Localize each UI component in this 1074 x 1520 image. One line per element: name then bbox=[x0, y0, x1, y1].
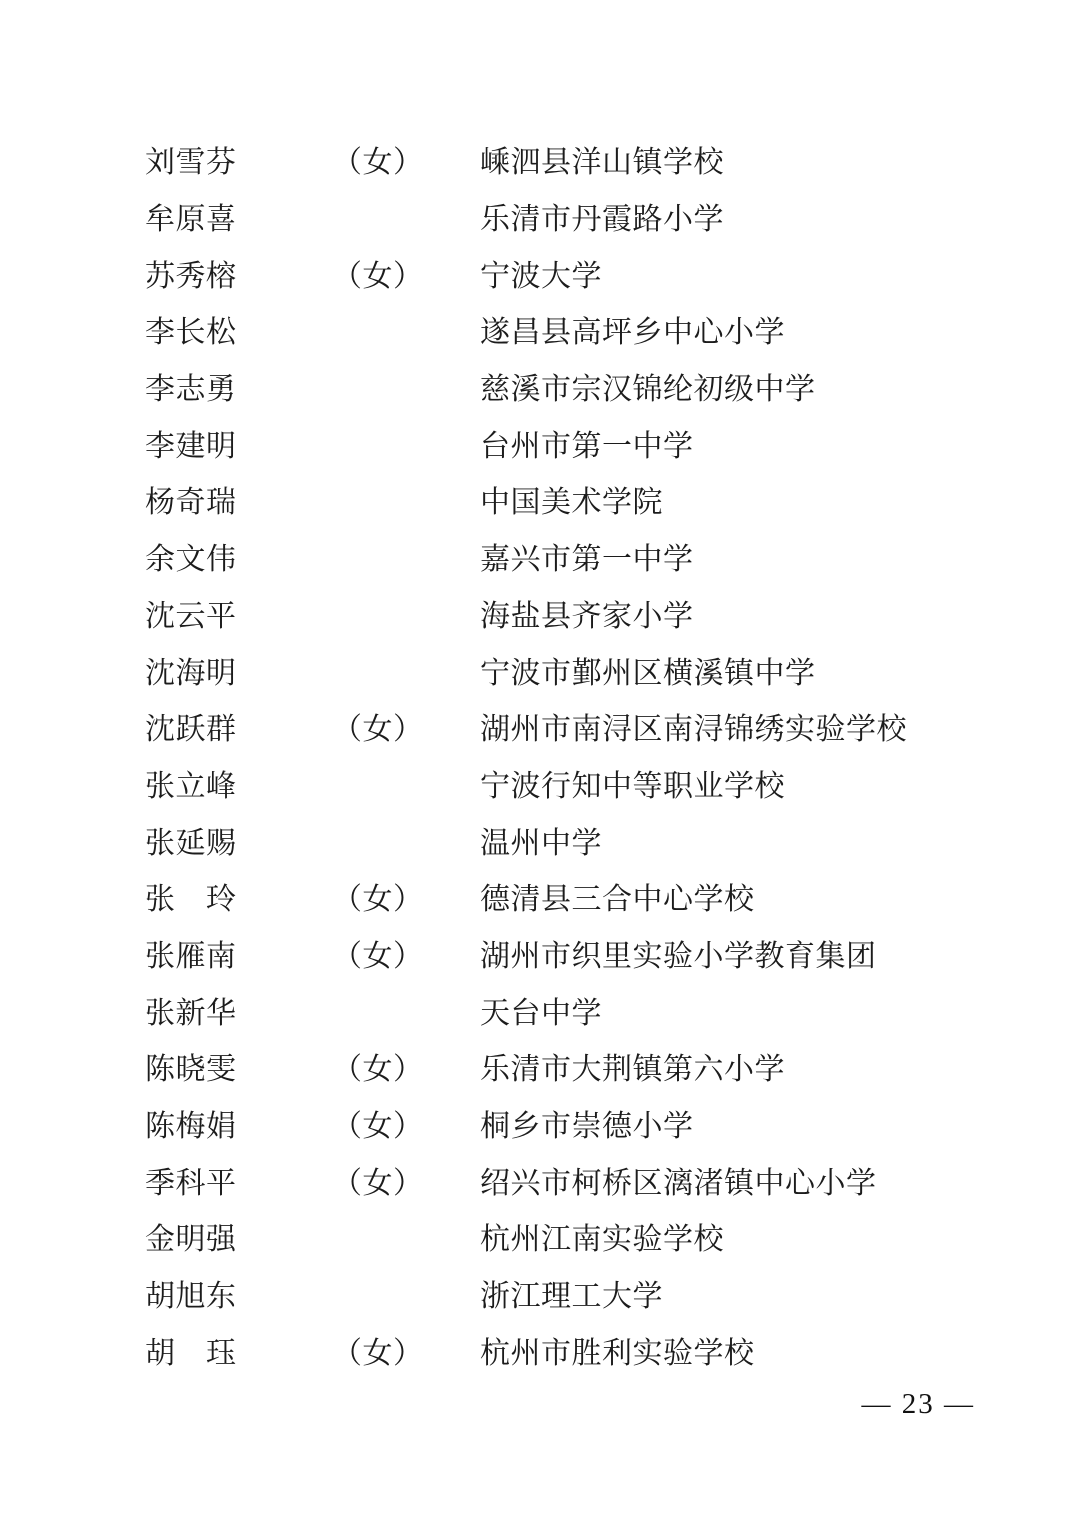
person-name: 张立峰 bbox=[145, 761, 332, 805]
school-name: 天台中学 bbox=[480, 988, 1074, 1032]
person-name: 张新华 bbox=[145, 988, 332, 1032]
person-name: 陈晓雯 bbox=[145, 1044, 332, 1088]
page-number: — 23 — bbox=[862, 1388, 976, 1421]
school-name: 嵊泗县洋山镇学校 bbox=[480, 137, 1074, 181]
list-item: 张 玲 （女） 德清县三合中心学校 bbox=[0, 868, 1074, 925]
person-name: 陈梅娟 bbox=[145, 1101, 332, 1145]
gender-label: （女） bbox=[332, 704, 480, 748]
person-name: 沈云平 bbox=[145, 591, 332, 635]
person-name: 杨奇瑞 bbox=[145, 477, 332, 521]
person-name: 余文伟 bbox=[145, 534, 332, 578]
person-name: 张延赐 bbox=[145, 818, 332, 862]
list-item: 李志勇 慈溪市宗汉锦纶初级中学 bbox=[0, 358, 1074, 415]
school-name: 绍兴市柯桥区漓渚镇中心小学 bbox=[480, 1158, 1074, 1202]
gender-label: （女） bbox=[332, 1101, 480, 1145]
gender-label: （女） bbox=[332, 1044, 480, 1088]
school-name: 杭州市胜利实验学校 bbox=[480, 1328, 1074, 1372]
person-name: 刘雪芬 bbox=[145, 137, 332, 181]
list-item: 陈晓雯 （女） 乐清市大荆镇第六小学 bbox=[0, 1038, 1074, 1095]
list-item: 胡 珏 （女） 杭州市胜利实验学校 bbox=[0, 1321, 1074, 1378]
person-name: 张 玲 bbox=[145, 874, 332, 918]
school-name: 慈溪市宗汉锦纶初级中学 bbox=[480, 364, 1074, 408]
school-name: 湖州市织里实验小学教育集团 bbox=[480, 931, 1074, 975]
list-item: 张雁南 （女） 湖州市织里实验小学教育集团 bbox=[0, 925, 1074, 982]
school-name: 嘉兴市第一中学 bbox=[480, 534, 1074, 578]
list-item: 胡旭东 浙江理工大学 bbox=[0, 1265, 1074, 1322]
list-item: 杨奇瑞 中国美术学院 bbox=[0, 471, 1074, 528]
school-name: 湖州市南浔区南浔锦绣实验学校 bbox=[480, 704, 1074, 748]
list-item: 刘雪芬 （女） 嵊泗县洋山镇学校 bbox=[0, 131, 1074, 188]
person-name: 张雁南 bbox=[145, 931, 332, 975]
list-item: 李长松 遂昌县高坪乡中心小学 bbox=[0, 301, 1074, 358]
person-name: 胡旭东 bbox=[145, 1271, 332, 1315]
person-name: 李志勇 bbox=[145, 364, 332, 408]
document-page: 刘雪芬 （女） 嵊泗县洋山镇学校 牟原喜 乐清市丹霞路小学 苏秀榕 （女） 宁波… bbox=[0, 0, 1074, 1520]
list-item: 张立峰 宁波行知中等职业学校 bbox=[0, 755, 1074, 812]
person-name: 李建明 bbox=[145, 421, 332, 465]
list-item: 陈梅娟 （女） 桐乡市崇德小学 bbox=[0, 1095, 1074, 1152]
awardee-list: 刘雪芬 （女） 嵊泗县洋山镇学校 牟原喜 乐清市丹霞路小学 苏秀榕 （女） 宁波… bbox=[0, 131, 1074, 1378]
gender-label: （女） bbox=[332, 1158, 480, 1202]
school-name: 乐清市丹霞路小学 bbox=[480, 194, 1074, 238]
school-name: 宁波大学 bbox=[480, 251, 1074, 295]
list-item: 李建明 台州市第一中学 bbox=[0, 414, 1074, 471]
gender-label: （女） bbox=[332, 874, 480, 918]
school-name: 浙江理工大学 bbox=[480, 1271, 1074, 1315]
list-item: 沈跃群 （女） 湖州市南浔区南浔锦绣实验学校 bbox=[0, 698, 1074, 755]
person-name: 李长松 bbox=[145, 307, 332, 351]
person-name: 沈跃群 bbox=[145, 704, 332, 748]
school-name: 遂昌县高坪乡中心小学 bbox=[480, 307, 1074, 351]
list-item: 沈云平 海盐县齐家小学 bbox=[0, 585, 1074, 642]
school-name: 台州市第一中学 bbox=[480, 421, 1074, 465]
school-name: 中国美术学院 bbox=[480, 477, 1074, 521]
list-item: 苏秀榕 （女） 宁波大学 bbox=[0, 244, 1074, 301]
person-name: 胡 珏 bbox=[145, 1328, 332, 1372]
school-name: 宁波市鄞州区横溪镇中学 bbox=[480, 648, 1074, 692]
gender-label: （女） bbox=[332, 137, 480, 181]
gender-label: （女） bbox=[332, 1328, 480, 1372]
school-name: 乐清市大荆镇第六小学 bbox=[480, 1044, 1074, 1088]
gender-label: （女） bbox=[332, 251, 480, 295]
person-name: 牟原喜 bbox=[145, 194, 332, 238]
list-item: 张延赐 温州中学 bbox=[0, 811, 1074, 868]
person-name: 季科平 bbox=[145, 1158, 332, 1202]
list-item: 张新华 天台中学 bbox=[0, 981, 1074, 1038]
list-item: 牟原喜 乐清市丹霞路小学 bbox=[0, 188, 1074, 245]
list-item: 沈海明 宁波市鄞州区横溪镇中学 bbox=[0, 641, 1074, 698]
school-name: 桐乡市崇德小学 bbox=[480, 1101, 1074, 1145]
gender-label: （女） bbox=[332, 931, 480, 975]
person-name: 苏秀榕 bbox=[145, 251, 332, 295]
school-name: 杭州江南实验学校 bbox=[480, 1214, 1074, 1258]
list-item: 金明强 杭州江南实验学校 bbox=[0, 1208, 1074, 1265]
person-name: 沈海明 bbox=[145, 648, 332, 692]
school-name: 海盐县齐家小学 bbox=[480, 591, 1074, 635]
school-name: 宁波行知中等职业学校 bbox=[480, 761, 1074, 805]
list-item: 季科平 （女） 绍兴市柯桥区漓渚镇中心小学 bbox=[0, 1151, 1074, 1208]
list-item: 余文伟 嘉兴市第一中学 bbox=[0, 528, 1074, 585]
person-name: 金明强 bbox=[145, 1214, 332, 1258]
school-name: 德清县三合中心学校 bbox=[480, 874, 1074, 918]
school-name: 温州中学 bbox=[480, 818, 1074, 862]
